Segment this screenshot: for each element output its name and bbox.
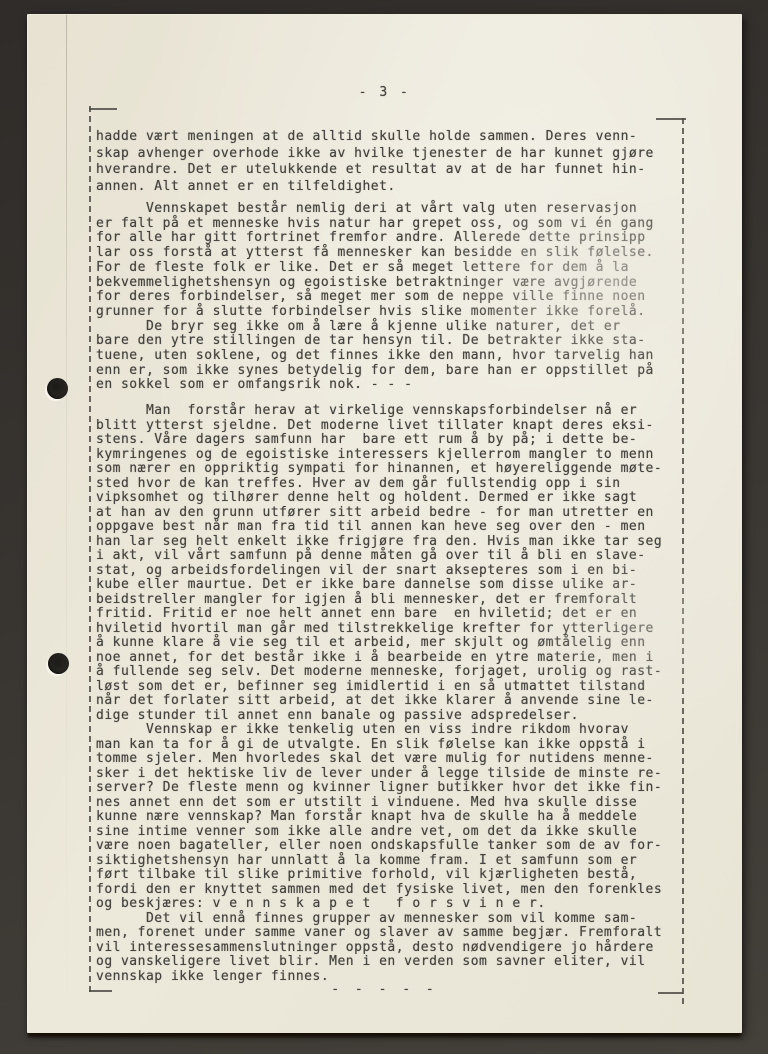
typed-border-corner-top-right bbox=[656, 118, 686, 120]
paragraph-block-2: Vennskapet består nemlig deri at vårt va… bbox=[96, 202, 654, 393]
paragraph-block-3: Man forstår herav at virkelige vennskaps… bbox=[96, 404, 662, 984]
typed-border-left bbox=[89, 106, 91, 992]
typed-border-corner-top-left bbox=[89, 108, 117, 110]
page-number: - 3 - bbox=[96, 85, 673, 101]
typed-border-right bbox=[682, 118, 684, 1007]
section-end-mark: - - - - - bbox=[96, 982, 673, 997]
underlying-sheet-edge bbox=[66, 15, 67, 1033]
photo-backdrop: - 3 - hadde vært meningen at de alltid s… bbox=[0, 0, 768, 1054]
punch-hole-top bbox=[47, 378, 68, 399]
document-page: - 3 - hadde vært meningen at de alltid s… bbox=[27, 14, 742, 1033]
paragraph-block-1: hadde vært meningen at de alltid skulle … bbox=[96, 129, 654, 195]
punch-hole-bottom bbox=[48, 653, 69, 674]
